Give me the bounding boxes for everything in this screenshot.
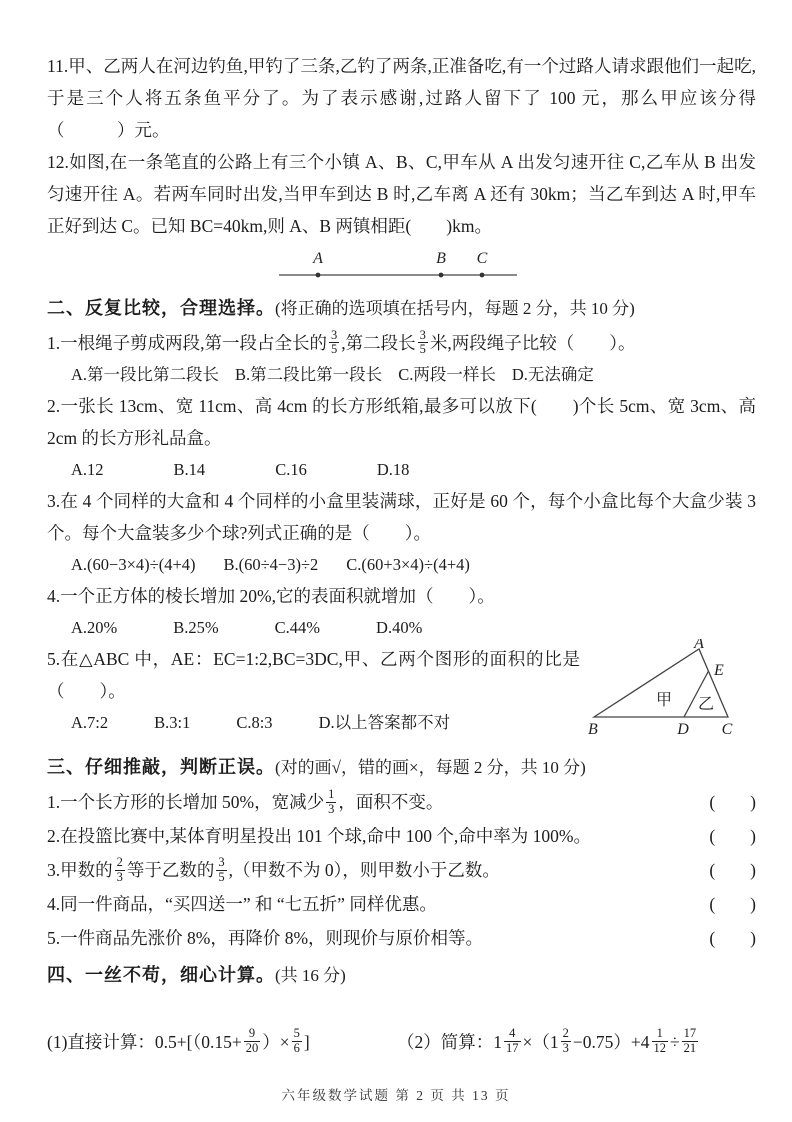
calculation-row: (1)直接计算：0.5+[（0.15+920）×56] （2）简算：1417×（…	[47, 1004, 756, 1079]
section-2-title: 二、反复比较，合理选择。	[47, 298, 275, 318]
q1-text: ,第二段长	[341, 333, 415, 353]
judge-item-1: 1.一个长方形的长增加 50%，宽减少13，面积不变。 ( )	[47, 786, 756, 819]
judge-item-2: 2.在投篮比赛中,某体育明星投出 101 个球,命中 100 个,命中率为 10…	[47, 820, 756, 853]
fraction: 13	[326, 788, 336, 817]
choice-question-1: 1.一根绳子剪成两段,第一段占全长的35,第二段长35米,两段绳子比较（ ）。	[47, 327, 756, 359]
option-b: B.3:1	[154, 707, 190, 738]
region-yi-label: 乙	[698, 696, 714, 713]
option-a: A.12	[71, 454, 104, 485]
fraction: 1721	[682, 1027, 699, 1056]
answer-bracket: ( )	[709, 922, 756, 955]
q1-text: 1.一根绳子剪成两段,第一段占全长的	[47, 333, 327, 353]
choice-q3-options: A.(60−3×4)÷(4+4) B.(60÷4−3)÷2 C.(60+3×4)…	[47, 549, 756, 580]
fraction: 23	[561, 1027, 571, 1056]
option-c: C.16	[275, 454, 307, 485]
choice-question-4: 4.一个正方体的棱长增加 20%,它的表面积就增加（ ）。	[47, 580, 756, 612]
fraction: 112	[652, 1027, 669, 1056]
fraction: 417	[504, 1027, 521, 1056]
road-line-figure: A B C	[275, 244, 525, 288]
fraction: 35	[329, 329, 339, 358]
option-c: C.44%	[275, 612, 320, 643]
point-e-label: E	[713, 662, 724, 679]
fraction: 920	[244, 1027, 261, 1056]
q1-text: 米,两段绳子比较（ ）。	[430, 333, 636, 353]
judge-text: 2.在投篮比赛中,某体育明星投出 101 个球,命中 100 个,命中率为 10…	[47, 820, 591, 853]
vertex-c-label: C	[722, 721, 733, 738]
judge-item-5: 5.一件商品先涨价 8%，再降价 8%，则现价与原价相等。 ( )	[47, 922, 756, 955]
point-d-label: D	[676, 721, 689, 738]
section-4-title: 四、一丝不苟，细心计算。	[47, 965, 275, 985]
section-4-header: 四、一丝不苟，细心计算。(共 16 分)	[47, 959, 756, 992]
fraction: 35	[216, 856, 226, 885]
answer-bracket: ( )	[709, 786, 756, 819]
region-jia-label: 甲	[656, 691, 672, 709]
section-3-title: 三、仔细推敲，判断正误。	[47, 757, 275, 777]
question-12: 12.如图,在一条笔直的公路上有三个小镇 A、B、C,甲车从 A 出发匀速开往 …	[47, 146, 756, 242]
vertex-b-label: B	[588, 721, 598, 738]
road-label-a: A	[312, 250, 323, 267]
choice-question-3: 3.在 4 个同样的大盒和 4 个同样的小盒里装满球，正好是 60 个，每个小盒…	[47, 485, 756, 549]
fraction: 23	[115, 856, 125, 885]
option-b: B.14	[174, 454, 206, 485]
option-d: D.18	[377, 454, 410, 485]
option-d: D.40%	[376, 612, 422, 643]
judge-text: 5.一件商品先涨价 8%，再降价 8%，则现价与原价相等。	[47, 922, 483, 955]
fraction: 56	[292, 1027, 302, 1056]
exam-page: 11.甲、乙两人在河边钓鱼,甲钓了三条,乙钓了两条,正准备吃,有一个过路人请求跟…	[0, 0, 792, 1122]
choice-q2-options: A.12 B.14 C.16 D.18	[47, 454, 756, 485]
option-d: D.无法确定	[512, 359, 594, 390]
section-2-note: (将正确的选项填在括号内，每题 2 分，共 10 分)	[275, 299, 635, 318]
question-11: 11.甲、乙两人在河边钓鱼,甲钓了三条,乙钓了两条,正准备吃,有一个过路人请求跟…	[47, 50, 756, 146]
point-a-dot	[316, 273, 321, 278]
choice-q1-options: A.第一段比第二段长 B.第二段比第一段长 C.两段一样长 D.无法确定	[47, 359, 756, 390]
option-a: A.7:2	[71, 707, 108, 738]
section-2-header: 二、反复比较，合理选择。(将正确的选项填在括号内，每题 2 分，共 10 分)	[47, 292, 756, 325]
point-b-dot	[439, 273, 444, 278]
judge-item-3: 3.甲数的23等于乙数的35,（甲数不为 0），则甲数小于乙数。 ( )	[47, 854, 756, 887]
calc-expression-1: (1)直接计算：0.5+[（0.15+920）×56]	[47, 1022, 397, 1062]
answer-bracket: ( )	[709, 854, 756, 887]
option-b: B.25%	[173, 612, 218, 643]
option-a: A.20%	[71, 612, 117, 643]
section-4-note: (共 16 分)	[275, 966, 346, 985]
point-c-dot	[480, 273, 485, 278]
triangle-figure: A E B D C 甲 乙	[586, 639, 756, 751]
page-footer: 六年级数学试题 第 2 页 共 13 页	[0, 1084, 792, 1104]
option-a: A.第一段比第二段长	[71, 359, 219, 390]
option-c: C.8:3	[236, 707, 272, 738]
calc-expression-2: （2）简算：1417×（123−0.75）+4112÷1721	[397, 1022, 756, 1062]
answer-bracket: ( )	[709, 820, 756, 853]
choice-q5-options: A.7:2 B.3:1 C.8:3 D.以上答案都不对	[47, 707, 580, 738]
road-label-b: B	[436, 250, 446, 267]
fraction: 35	[418, 329, 428, 358]
section-3-note: (对的画√，错的画×，每题 2 分，共 10 分)	[275, 758, 586, 777]
section-3-header: 三、仔细推敲，判断正误。(对的画√，错的画×，每题 2 分，共 10 分)	[47, 751, 756, 784]
answer-bracket: ( )	[709, 888, 756, 921]
vertex-a-label: A	[693, 639, 704, 652]
road-label-c: C	[477, 250, 488, 267]
judge-text: 1.一个长方形的长增加 50%，宽减少13，面积不变。	[47, 786, 443, 819]
judge-text: 3.甲数的23等于乙数的35,（甲数不为 0），则甲数小于乙数。	[47, 854, 500, 887]
option-c: C.两段一样长	[398, 359, 496, 390]
page-content: 11.甲、乙两人在河边钓鱼,甲钓了三条,乙钓了两条,正准备吃,有一个过路人请求跟…	[47, 50, 756, 1079]
judge-text: 4.同一件商品，“买四送一” 和 “七五折” 同样优惠。	[47, 888, 437, 921]
judge-item-4: 4.同一件商品，“买四送一” 和 “七五折” 同样优惠。 ( )	[47, 888, 756, 921]
option-b: B.第二段比第一段长	[235, 359, 382, 390]
option-d: D.以上答案都不对	[319, 707, 451, 738]
option-c: C.(60+3×4)÷(4+4)	[346, 549, 470, 580]
choice-question-2: 2.一张长 13cm、宽 11cm、高 4cm 的长方形纸箱,最多可以放下( )…	[47, 390, 756, 454]
option-b: B.(60÷4−3)÷2	[224, 549, 319, 580]
option-a: A.(60−3×4)÷(4+4)	[71, 549, 196, 580]
